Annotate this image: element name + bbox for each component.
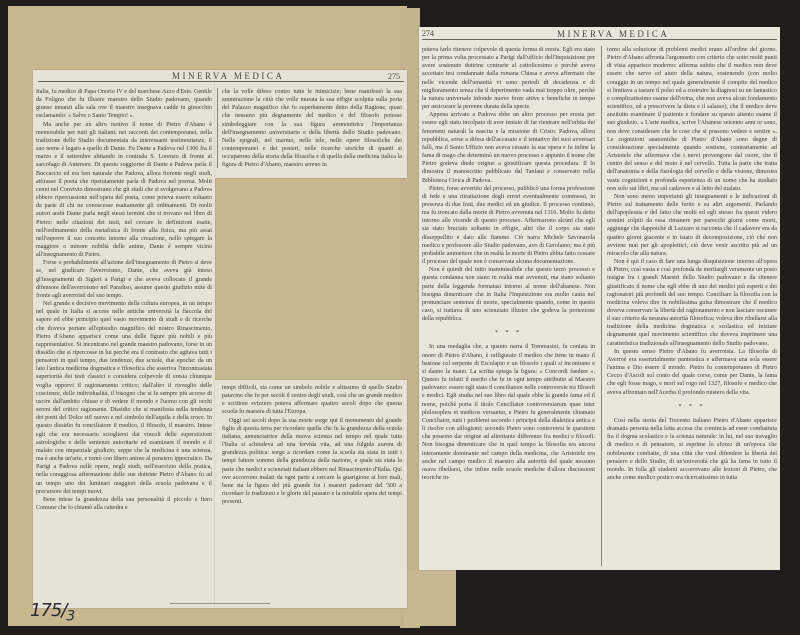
- paragraph: Non è quindi del tutto inammissibile che…: [422, 266, 595, 323]
- right-page-number: 274: [422, 29, 434, 38]
- paragraph: In una medaglia che, a quanto narra il T…: [422, 343, 595, 482]
- right-column-2: torno alla soluzione di problemi medici …: [607, 46, 777, 482]
- right-page-header: MINERVA MEDICA: [557, 29, 669, 39]
- end-rule: [170, 603, 270, 604]
- left-column-1: Italia, fu medico di Papa Onorio IV e de…: [36, 88, 212, 512]
- mount-board-corner: [404, 570, 456, 626]
- paragraph: In questo senso Pietro d'Abano fu averro…: [607, 348, 777, 397]
- paragraph: Appena arrivato a Padova ebbe un altro p…: [422, 111, 595, 184]
- paragraph: tempi difficili, sta come un simbolo nob…: [222, 384, 402, 417]
- section-separator: * * *: [607, 403, 777, 411]
- handwritten-archive-number: 175/3: [30, 600, 74, 625]
- right-column-1: poteva farlo ritenere colpevole di quest…: [422, 46, 595, 482]
- left-page-header: MINERVA MEDICA: [172, 71, 284, 81]
- paragraph: che la volle difeso contro tutte le inim…: [222, 88, 402, 170]
- paragraph: Italia, fu medico di Papa Onorio IV e de…: [36, 88, 212, 121]
- column-divider: [217, 88, 218, 168]
- left-header-rule: [38, 81, 404, 82]
- left-column-2-bottom: tempi difficili, sta come un simbolo nob…: [222, 384, 402, 506]
- paragraph: poteva farlo ritenere colpevole di quest…: [422, 46, 595, 111]
- left-page-number: 275: [388, 72, 400, 81]
- paragraph: Forse o probabilmente all'azione dell'in…: [36, 259, 212, 300]
- archive-number-main: 175/: [30, 600, 66, 621]
- paragraph: torno alla soluzione di problemi medici …: [607, 46, 777, 193]
- paragraph: Ma anche per un altro motivo il nome di …: [36, 121, 212, 260]
- section-separator: * * *: [422, 329, 595, 337]
- left-column-2-top: che la volle difeso contro tutte le inim…: [222, 88, 402, 170]
- paragraph: Oggi sei secoli dopo la sua morte sorge …: [222, 417, 402, 507]
- paragraph: Non sono meno importanti gli insegnament…: [607, 193, 777, 258]
- archive-number-sub: 3: [66, 609, 74, 625]
- column-divider: [601, 46, 602, 566]
- paragraph: Nel grande e decisivo movimento della cu…: [36, 300, 212, 496]
- right-header-rule: [422, 39, 777, 40]
- paragraph: Pietro, forse avvertito del processo, pu…: [422, 185, 595, 267]
- paragraph: Non è qui il caso di fare una lunga disq…: [607, 258, 777, 348]
- paragraph: Così nella storia del Trecento italiano …: [607, 417, 777, 482]
- paragraph: Bene intese la grandezza della sua perso…: [36, 496, 212, 512]
